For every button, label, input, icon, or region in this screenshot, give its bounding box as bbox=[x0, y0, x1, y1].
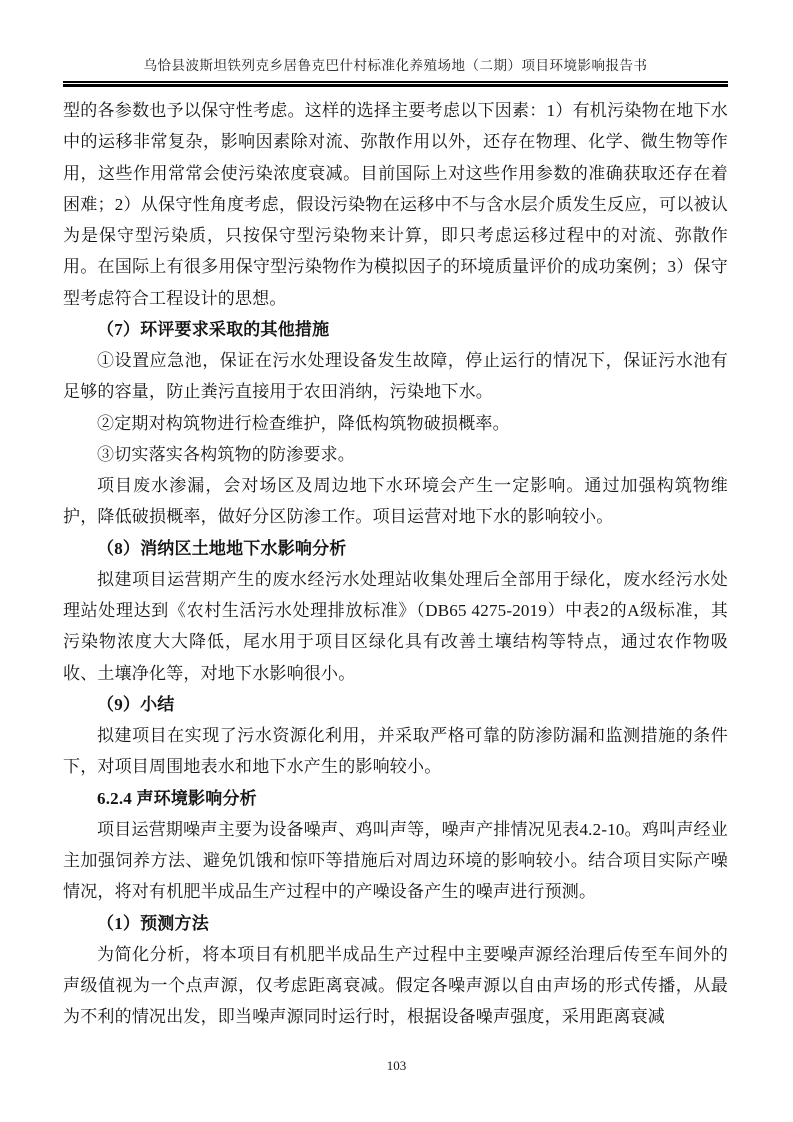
paragraph-emergency-pool: ①设置应急池，保证在污水处理设备发生故障，停止运行的情况下，保证污水池有足够的容… bbox=[63, 345, 728, 408]
paragraph-summary-conclusion: 拟建项目在实现了污水资源化利用，并采取严格可靠的防渗防漏和监测措施的条件下，对项… bbox=[63, 720, 728, 783]
paragraph-wastewater-treatment-standard: 拟建项目运营期产生的废水经污水处理站收集处理后全部用于绿化，废水经污水处理站处理… bbox=[63, 564, 728, 689]
heading-6-2-4-acoustic-environment-analysis: 6.2.4 声环境影响分析 bbox=[63, 783, 728, 814]
heading-7-other-eia-measures: （7）环评要求采取的其他措施 bbox=[63, 314, 728, 345]
paragraph-structure-inspection: ②定期对构筑物进行检查维护，降低构筑物破损概率。 bbox=[63, 408, 728, 439]
header-double-rule bbox=[63, 81, 728, 87]
header-rule-thin-line bbox=[63, 81, 728, 83]
paragraph-seepage-control: ③切实落实各构筑物的防渗要求。 bbox=[63, 439, 728, 470]
document-body: 型的各参数也予以保守性考虑。这样的选择主要考虑以下因素：1）有机污染物在地下水中… bbox=[63, 95, 728, 1033]
document-header-title: 乌恰县波斯坦铁列克乡居鲁克巴什村标准化养殖场地（二期）项目环境影响报告书 bbox=[63, 54, 728, 74]
paragraph-wastewater-leakage: 项目废水渗漏，会对场区及周边地下水环境会产生一定影响。通过加强构筑物维护，降低破… bbox=[63, 470, 728, 533]
heading-8-land-groundwater-analysis: （8）消纳区土地地下水影响分析 bbox=[63, 533, 728, 564]
paragraph-prediction-method-description: 为简化分析，将本项目有机肥半成品生产过程中主要噪声源经治理后传至车间外的声级值视… bbox=[63, 939, 728, 1033]
page-number: 103 bbox=[0, 1058, 793, 1074]
heading-9-summary: （9）小结 bbox=[63, 689, 728, 720]
document-page: 乌恰县波斯坦铁列克乡居鲁克巴什村标准化养殖场地（二期）项目环境影响报告书 型的各… bbox=[0, 0, 793, 1122]
header-rule-thick-line bbox=[63, 84, 728, 87]
paragraph-noise-sources-overview: 项目运营期噪声主要为设备噪声、鸡叫声等，噪声产排情况见表4.2-10。鸡叫声经业… bbox=[63, 814, 728, 908]
heading-1-prediction-method: （1）预测方法 bbox=[63, 908, 728, 939]
paragraph-conservative-parameters: 型的各参数也予以保守性考虑。这样的选择主要考虑以下因素：1）有机污染物在地下水中… bbox=[63, 95, 728, 314]
